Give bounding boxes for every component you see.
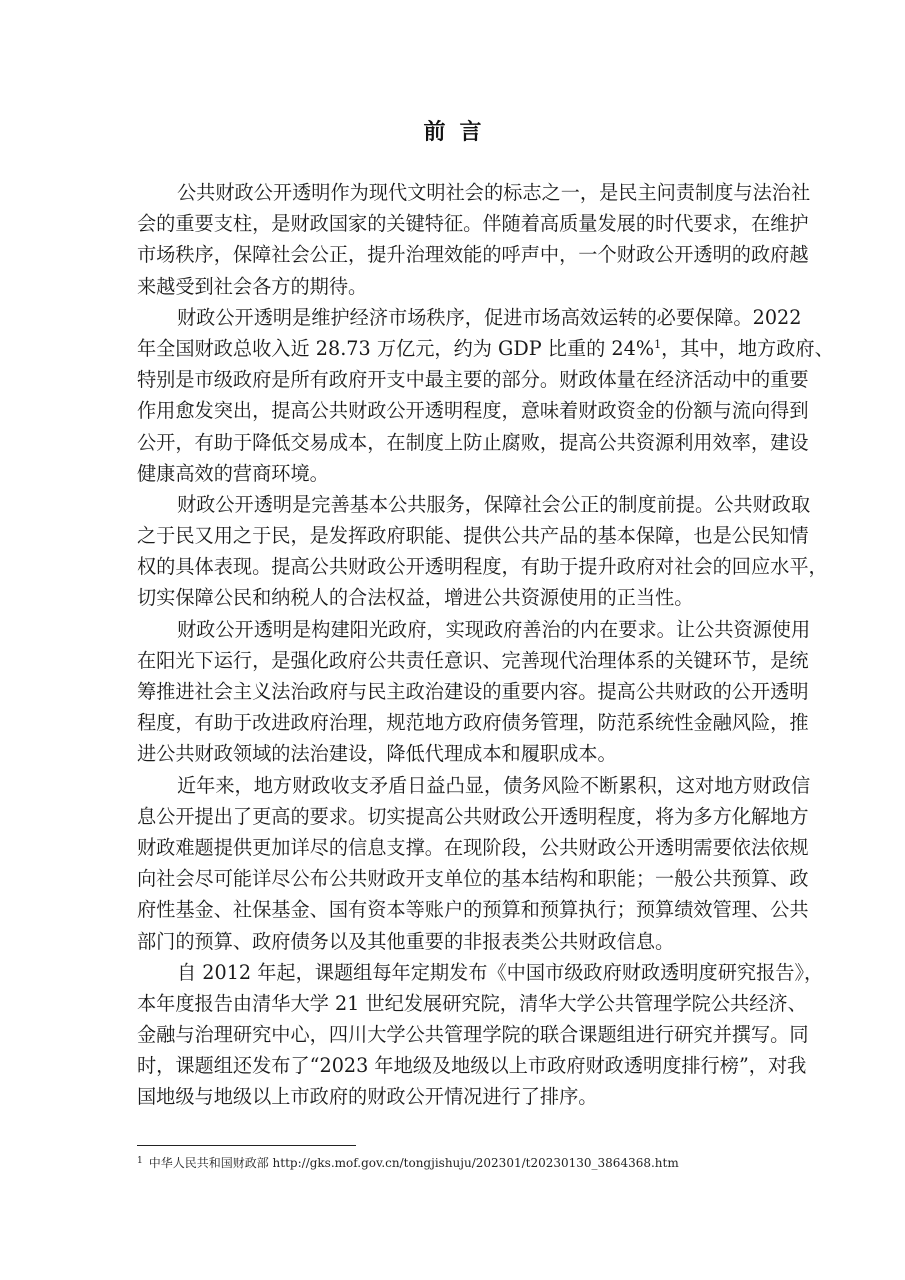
text-line: 时，课题组还发布了“2023 年地级及地级以上市政府财政透明度排行榜”，对我	[137, 1050, 768, 1081]
text-line: 作用愈发突出，提高公共财政公开透明程度，意味着财政资金的份额与流向得到	[137, 395, 768, 426]
document-page: 前言 公共财政公开透明作为现代文明社会的标志之一，是民主问责制度与法治社 会的重…	[0, 0, 905, 1280]
text-line: 筹推进社会主义法治政府与民主政治建设的重要内容。提高公共财政的公开透明	[137, 676, 768, 707]
footnote-mark: 1	[137, 1156, 143, 1166]
text-line: 金融与治理研究中心，四川大学公共管理学院的联合课题组进行研究并撰写。同	[137, 1019, 768, 1050]
text-line: 切实保障公民和纳税人的合法权益，增进公共资源使用的正当性。	[137, 582, 768, 613]
text-line: 财政公开透明是构建阳光政府，实现政府善治的内在要求。让公共资源使用	[137, 614, 768, 645]
text-line: 市场秩序，保障社会公正，提升治理效能的呼声中，一个财政公开透明的政府越	[137, 239, 768, 270]
text-line: 府性基金、社保基金、国有资本等账户的预算和预算执行；预算绩效管理、公共	[137, 894, 768, 925]
text-segment: ，其中，地方政府、	[661, 337, 834, 360]
paragraph-6: 自 2012 年起，课题组每年定期发布《中国市级政府财政透明度研究报告》， 本年…	[137, 957, 768, 1113]
text-line: 近年来，地方财政收支矛盾日益凸显，债务风险不断累积，这对地方财政信	[137, 770, 768, 801]
text-line: 向社会尽可能详尽公布公共财政开支单位的基本结构和职能；一般公共预算、政	[137, 863, 768, 894]
text-line: 特别是市级政府是所有政府开支中最主要的部分。财政体量在经济活动中的重要	[137, 364, 768, 395]
paragraph-5: 近年来，地方财政收支矛盾日益凸显，债务风险不断累积，这对地方财政信 息公开提出了…	[137, 770, 768, 957]
text-line-with-footnote: 年全国财政总收入近 28.73 万亿元，约为 GDP 比重的 24%1，其中，地…	[137, 333, 768, 364]
footnote-reference[interactable]: 1	[654, 338, 661, 351]
footnote: 1中华人民共和国财政部 http://gks.mof.gov.cn/tongji…	[137, 1154, 679, 1174]
text-line: 权的具体表现。提高公共财政公开透明程度，有助于提升政府对社会的回应水平，	[137, 551, 768, 582]
text-line: 健康高效的营商环境。	[137, 458, 768, 489]
text-line: 财政公开透明是维护经济市场秩序，促进市场高效运转的必要保障。2022	[137, 302, 768, 333]
body-text: 公共财政公开透明作为现代文明社会的标志之一，是民主问责制度与法治社 会的重要支柱…	[137, 177, 768, 1113]
page-title: 前言	[0, 118, 905, 148]
text-line: 会的重要支柱，是财政国家的关键特征。伴随着高质量发展的时代要求，在维护	[137, 208, 768, 239]
text-line: 财政难题提供更加详尽的信息支撑。在现阶段，公共财政公开透明需要依法依规	[137, 832, 768, 863]
text-line: 进公共财政领域的法治建设，降低代理成本和履职成本。	[137, 738, 768, 769]
text-line: 息公开提出了更高的要求。切实提高公共财政公开透明程度，将为多方化解地方	[137, 801, 768, 832]
text-line: 财政公开透明是完善基本公共服务，保障社会公正的制度前提。公共财政取	[137, 489, 768, 520]
text-line: 程度，有助于改进政府治理，规范地方政府债务管理，防范系统性金融风险，推	[137, 707, 768, 738]
text-line: 国地级与地级以上市政府的财政公开情况进行了排序。	[137, 1081, 768, 1112]
paragraph-1: 公共财政公开透明作为现代文明社会的标志之一，是民主问责制度与法治社 会的重要支柱…	[137, 177, 768, 302]
footnote-divider	[137, 1145, 356, 1146]
text-line: 本年度报告由清华大学 21 世纪发展研究院，清华大学公共管理学院公共经济、	[137, 988, 768, 1019]
text-line: 来越受到社会各方的期待。	[137, 271, 768, 302]
text-line: 自 2012 年起，课题组每年定期发布《中国市级政府财政透明度研究报告》，	[137, 957, 768, 988]
text-line: 公共财政公开透明作为现代文明社会的标志之一，是民主问责制度与法治社	[137, 177, 768, 208]
text-line: 之于民又用之于民，是发挥政府职能、提供公共产品的基本保障，也是公民知情	[137, 520, 768, 551]
text-line: 部门的预算、政府债务以及其他重要的非报表类公共财政信息。	[137, 926, 768, 957]
paragraph-4: 财政公开透明是构建阳光政府，实现政府善治的内在要求。让公共资源使用 在阳光下运行…	[137, 614, 768, 770]
paragraph-2: 财政公开透明是维护经济市场秩序，促进市场高效运转的必要保障。2022 年全国财政…	[137, 302, 768, 489]
text-segment: 年全国财政总收入近 28.73 万亿元，约为 GDP 比重的 24%	[137, 337, 654, 360]
text-line: 在阳光下运行，是强化政府公共责任意识、完善现代治理体系的关键环节，是统	[137, 645, 768, 676]
text-line: 公开，有助于降低交易成本，在制度上防止腐败，提高公共资源利用效率，建设	[137, 427, 768, 458]
footnote-text[interactable]: 中华人民共和国财政部 http://gks.mof.gov.cn/tongjis…	[149, 1156, 679, 1170]
paragraph-3: 财政公开透明是完善基本公共服务，保障社会公正的制度前提。公共财政取 之于民又用之…	[137, 489, 768, 614]
